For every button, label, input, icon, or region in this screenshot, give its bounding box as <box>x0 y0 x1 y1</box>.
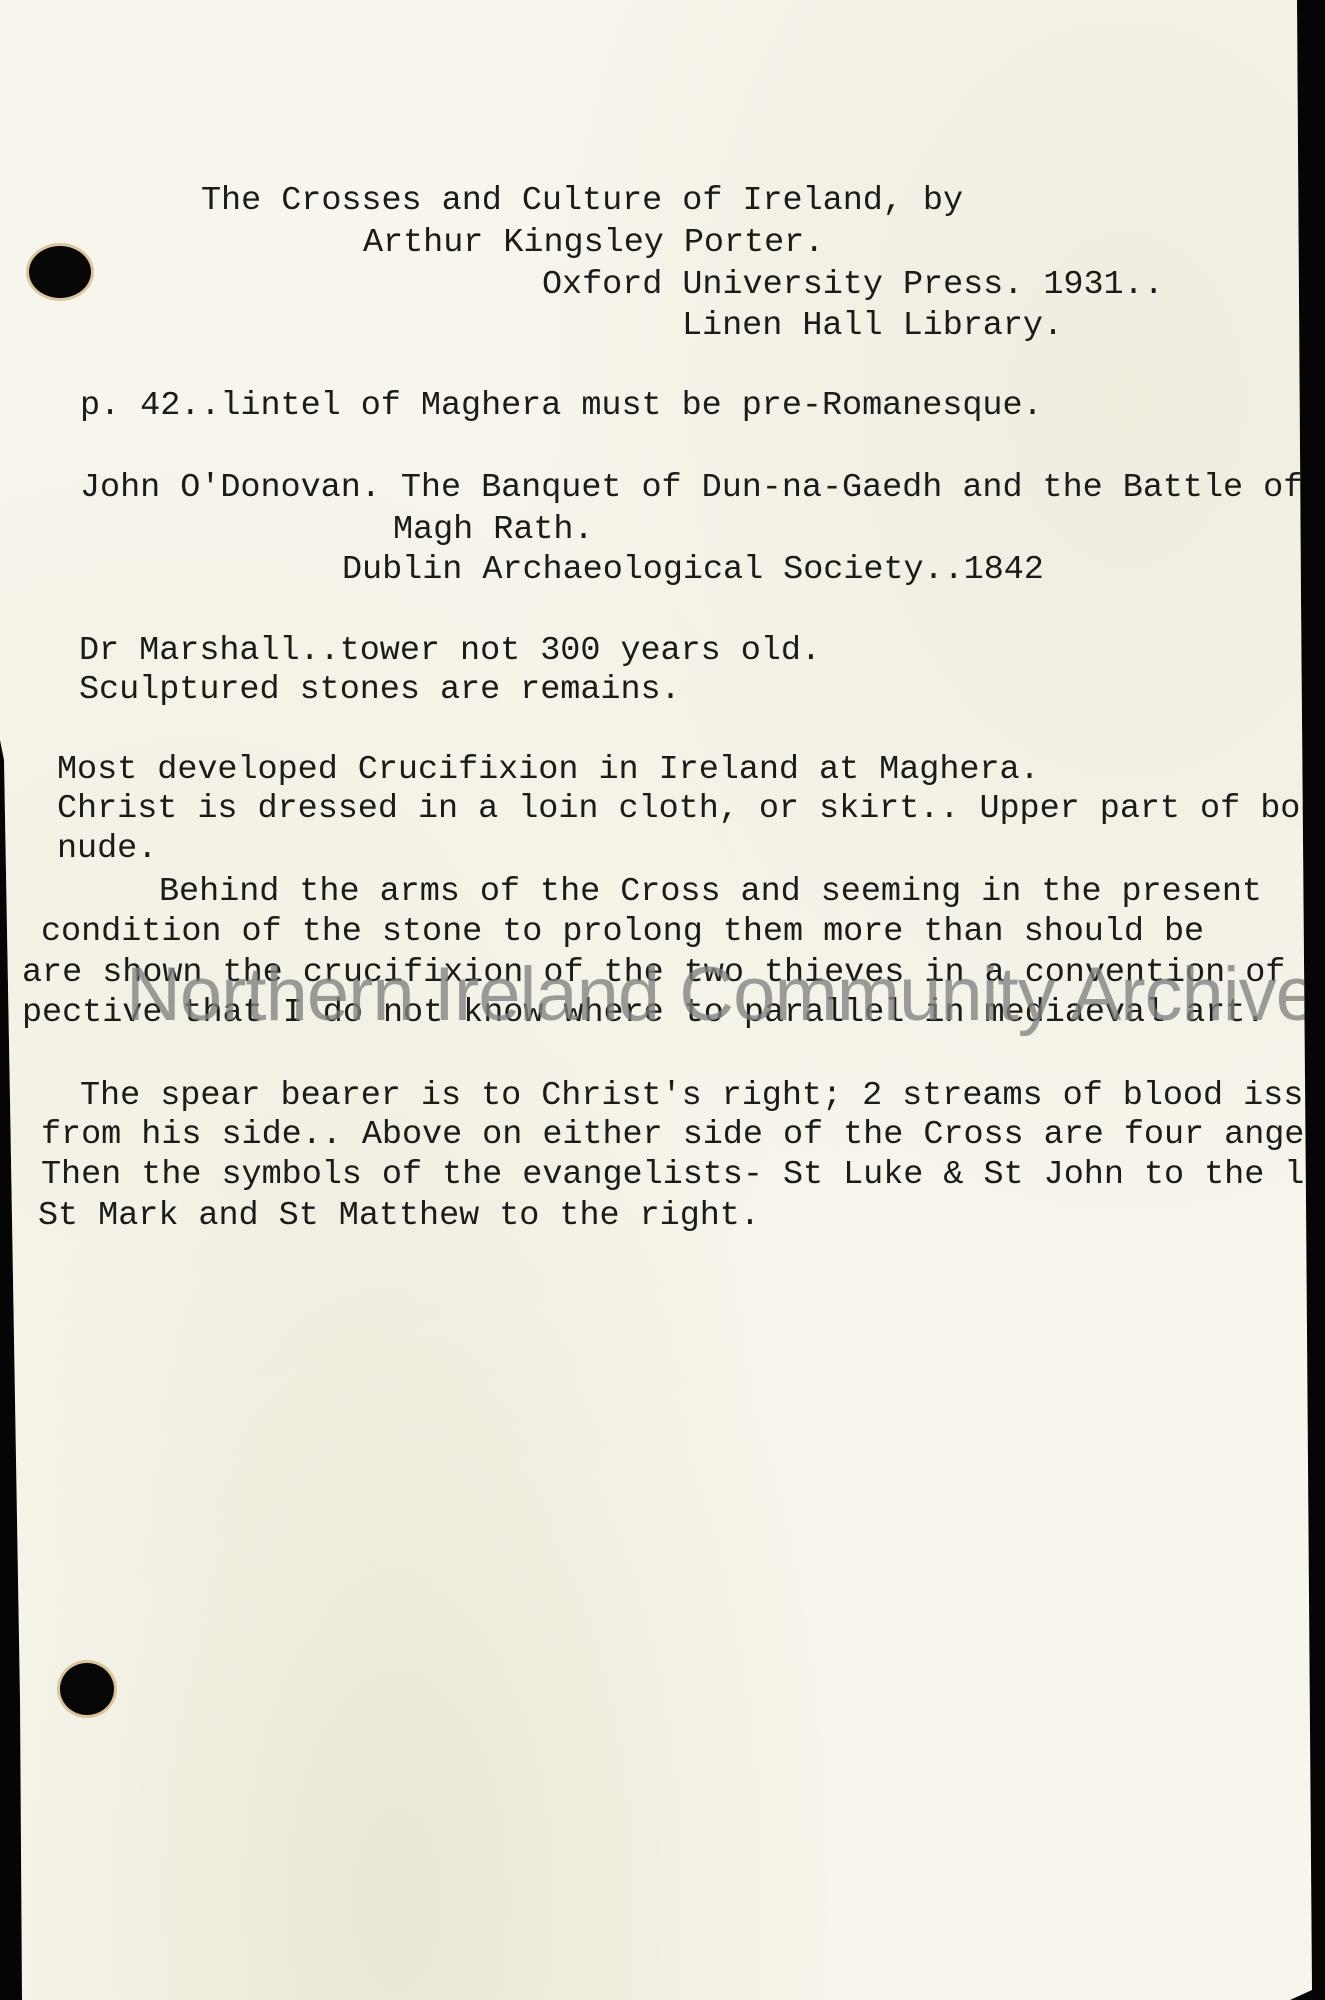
spear-line4: St Mark and St Matthew to the right. <box>38 1196 760 1236</box>
citation-odonovan-line2: Magh Rath. <box>393 510 594 550</box>
spear-line3: Then the symbols of the evangelists- St … <box>41 1155 1324 1195</box>
typewritten-page: The Crosses and Culture of Ireland, by A… <box>0 0 1325 2000</box>
punch-hole-bottom <box>60 1663 114 1715</box>
archive-watermark: Northern Ireland Community Archive <box>126 950 1317 1040</box>
header-title-line: The Crosses and Culture of Ireland, by <box>201 181 963 221</box>
punch-hole-top <box>29 246 91 298</box>
crucifixion-line3: nude. <box>57 829 157 869</box>
header-author-line: Arthur Kingsley Porter. <box>363 223 824 263</box>
note-marshall-line2: Sculptured stones are remains. <box>79 670 681 710</box>
spear-line1: The spear bearer is to Christ's right; 2… <box>80 1076 1323 1116</box>
note-lintel: p. 42..lintel of Maghera must be pre-Rom… <box>80 386 1043 426</box>
header-publisher-line: Oxford University Press. 1931.. <box>542 265 1164 305</box>
thieves-line2: condition of the stone to prolong them m… <box>41 912 1204 952</box>
citation-odonovan-line1: John O'Donovan. The Banquet of Dun-na-Ga… <box>80 468 1303 508</box>
crucifixion-line1: Most developed Crucifixion in Ireland at… <box>57 750 1040 790</box>
citation-odonovan-line3: Dublin Archaeological Society..1842 <box>342 550 1044 590</box>
note-marshall-line1: Dr Marshall..tower not 300 years old. <box>79 631 821 671</box>
spear-line2: from his side.. Above on either side of … <box>41 1115 1324 1155</box>
thieves-line1: Behind the arms of the Cross and seeming… <box>159 872 1262 912</box>
header-library-line: Linen Hall Library. <box>682 306 1063 346</box>
crucifixion-line2: Christ is dressed in a loin cloth, or sk… <box>57 789 1320 829</box>
